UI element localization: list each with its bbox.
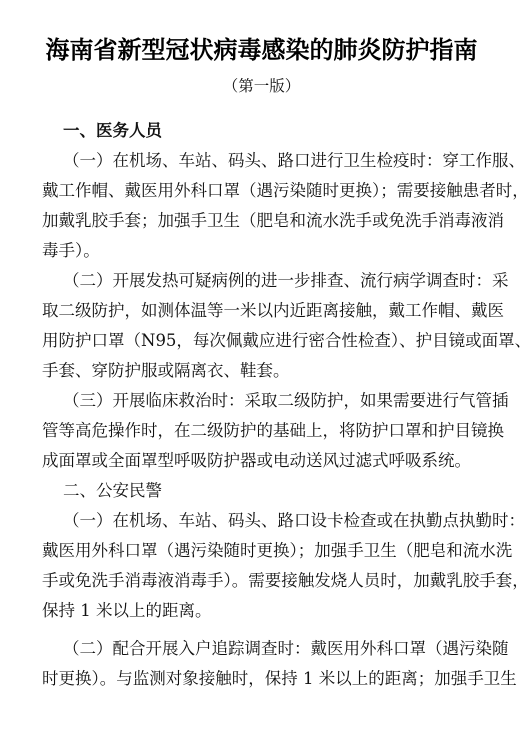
document-subtitle: （第一版）: [0, 74, 523, 96]
paragraph-line: 保持 1 米以上的距离。: [42, 596, 482, 626]
paragraph-line: 手套、穿防护服或隔离衣、鞋套。: [42, 356, 482, 386]
section-heading-medical-staff: 一、医务人员: [63, 116, 503, 146]
paragraph-line: 戴工作帽、戴医用外科口罩（遇污染随时更换）；需要接触患者时，: [42, 176, 482, 206]
paragraph-line: 加戴乳胶手套；加强手卫生（肥皂和流水洗手或免洗手消毒液消: [42, 206, 482, 236]
paragraph-line: （二）开展发热可疑病例的进一步排查、流行病学调查时：采: [63, 266, 483, 296]
paragraph-line: （二）配合开展入户追踪调查时：戴医用外科口罩（遇污染随: [63, 634, 483, 664]
paragraph-line: （一）在机场、车站、码头、路口进行卫生检疫时：穿工作服、: [63, 146, 483, 176]
paragraph-line: 戴医用外科口罩（遇污染随时更换）；加强手卫生（肥皂和流水洗: [42, 536, 482, 566]
paragraph-line: 时更换）。与监测对象接触时，保持 1 米以上的距离；加强手卫生: [42, 664, 482, 694]
document-page: 海南省新型冠状病毒感染的肺炎防护指南 （第一版） 一、医务人员 （一）在机场、车…: [0, 0, 523, 739]
paragraph-line: 取二级防护，如测体温等一米以内近距离接触，戴工作帽、戴医: [42, 296, 482, 326]
paragraph-line: 管等高危操作时，在二级防护的基础上，将防护口罩和护目镜换: [42, 416, 482, 446]
paragraph-line: 用防护口罩（N95，每次佩戴应进行密合性检查）、护目镜或面罩、: [42, 326, 482, 356]
paragraph-line: （一）在机场、车站、码头、路口设卡检查或在执勤点执勤时：: [63, 506, 483, 536]
paragraph-line: 手或免洗手消毒液消毒手）。需要接触发烧人员时，加戴乳胶手套，: [42, 566, 482, 596]
section-heading-police: 二、公安民警: [63, 476, 503, 506]
document-title: 海南省新型冠状病毒感染的肺炎防护指南: [0, 30, 523, 65]
paragraph-line: 成面罩或全面罩型呼吸防护器或电动送风过滤式呼吸系统。: [42, 446, 482, 476]
paragraph-line: （三）开展临床救治时：采取二级防护，如果需要进行气管插: [63, 386, 483, 416]
paragraph-line: 毒手）。: [42, 236, 482, 266]
